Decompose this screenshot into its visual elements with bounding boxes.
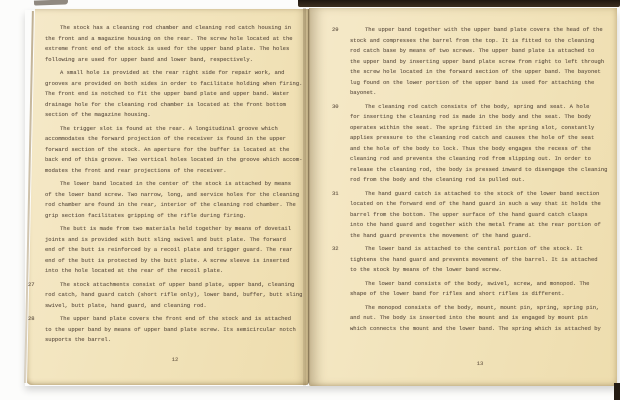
paragraph-text: The upper band together with the upper b… (350, 25, 610, 99)
spine-top-shadow (298, 0, 620, 7)
right-page-text-block: 29The upper band together with the upper… (350, 25, 610, 337)
paragraph: 29The upper band together with the upper… (350, 25, 610, 99)
paragraph-number: 31 (332, 189, 339, 200)
paragraph-text: The upper band plate covers the front en… (45, 314, 305, 346)
right-page-number: 13 (350, 360, 610, 367)
paragraph-text: The stock has a cleaning rod chamber and… (45, 23, 305, 65)
paragraph-number: 29 (332, 25, 339, 36)
bottom-right-corner-mark (614, 383, 620, 400)
left-page-text-block: The stock has a cleaning rod chamber and… (45, 23, 305, 349)
top-left-page-mark (34, 0, 68, 6)
paragraph: 32The lower band is attached to the cent… (350, 244, 610, 276)
paragraph: The stock has a cleaning rod chamber and… (45, 23, 305, 65)
paragraph: The monopod consists of the body, mount,… (350, 303, 610, 335)
paragraph: 30The cleaning rod catch consists of the… (350, 102, 610, 186)
paragraph-text: The butt is made from two materials held… (45, 224, 305, 277)
paragraph: The butt is made from two materials held… (45, 224, 305, 277)
paragraph-number: 30 (332, 102, 339, 113)
paragraph-text: The lower band located in the center of … (45, 179, 305, 221)
paragraph-text: The monopod consists of the body, mount,… (350, 303, 610, 335)
paragraph: A small hole is provided at the rear rig… (45, 68, 305, 121)
paragraph-text: A small hole is provided at the rear rig… (45, 68, 305, 121)
left-page-number: 12 (45, 356, 305, 363)
paragraph-text: The lower band consists of the body, swi… (350, 279, 610, 300)
paragraph-number: 32 (332, 244, 339, 255)
paragraph-number: 27 (28, 280, 35, 291)
paragraph: The trigger slot is found at the rear. A… (45, 124, 305, 177)
paragraph-number: 28 (28, 314, 35, 325)
paragraph: 27The stock attachments consist of upper… (45, 280, 305, 312)
paragraph-text: The trigger slot is found at the rear. A… (45, 124, 305, 177)
paragraph-text: The cleaning rod catch consists of the b… (350, 102, 610, 186)
paragraph: The lower band located in the center of … (45, 179, 305, 221)
paragraph: The lower band consists of the body, swi… (350, 279, 610, 300)
paragraph-text: The lower band is attached to the centra… (350, 244, 610, 276)
paragraph-text: The stock attachments consist of upper b… (45, 280, 305, 312)
paragraph: 28The upper band plate covers the front … (45, 314, 305, 346)
paragraph-text: The hand guard catch is attached to the … (350, 189, 610, 242)
paragraph: 31The hand guard catch is attached to th… (350, 189, 610, 242)
